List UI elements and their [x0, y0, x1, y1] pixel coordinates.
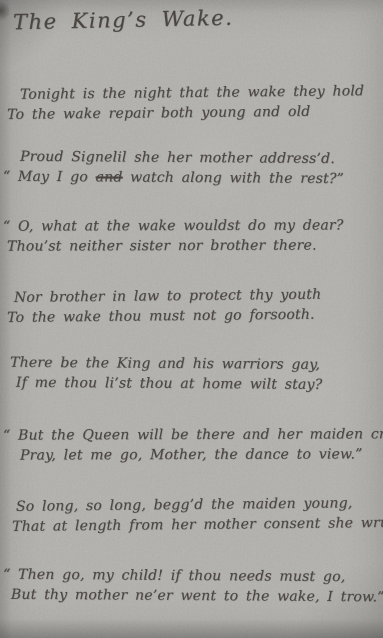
poem-line: “ O, what at the wake wouldst do my dear…: [0, 215, 383, 236]
poem-title: The King’s Wake.: [13, 6, 234, 35]
stanza-6: “ But the Queen will be there and her ma…: [0, 424, 383, 465]
poem-line: “ But the Queen will be there and her ma…: [0, 424, 383, 445]
poem-line: Tonight is the night that the wake they …: [0, 81, 383, 105]
poem-line: There be the King and his warriors gay,: [0, 353, 383, 376]
line-segment: watch along with the rest?”: [122, 170, 343, 188]
handwritten-poem: The King’s Wake. Tonight is the night th…: [0, 0, 383, 638]
poem-line: Proud Signelil she her mother address’d.: [0, 147, 383, 170]
stanza-3: “ O, what at the wake wouldst do my dear…: [0, 215, 383, 256]
poem-line: If me thou li’st thou at home wilt stay?: [0, 373, 383, 396]
manuscript-page: The King’s Wake. Tonight is the night th…: [0, 0, 383, 638]
poem-line: That at length from her mother consent s…: [0, 513, 383, 537]
poem-line: To the wake thou must not go forsooth.: [0, 304, 383, 328]
stanza-2: Proud Signelil she her mother address’d.…: [0, 147, 383, 190]
line-segment: “ May I go: [3, 169, 96, 186]
stanza-1: Tonight is the night that the wake they …: [0, 81, 383, 125]
stanza-7: So long, so long, begg’d the maiden youn…: [0, 493, 383, 537]
poem-line: Pray, let me go, Mother, the dance to vi…: [0, 444, 383, 465]
poem-line: “ May I go and watch along with the rest…: [0, 167, 383, 190]
poem-line: “ Then go, my child! if thou needs must …: [0, 565, 383, 588]
struck-word: and: [96, 169, 123, 185]
poem-line: To the wake repair both young and old: [0, 101, 383, 125]
poem-line: But thy mother ne’er went to the wake, I…: [0, 585, 383, 608]
stanza-8: “ Then go, my child! if thou needs must …: [0, 565, 383, 608]
stanza-4: Nor brother in law to protect thy youth …: [0, 284, 383, 328]
stanza-5: There be the King and his warriors gay, …: [0, 353, 383, 396]
poem-line: Thou’st neither sister nor brother there…: [0, 235, 383, 256]
